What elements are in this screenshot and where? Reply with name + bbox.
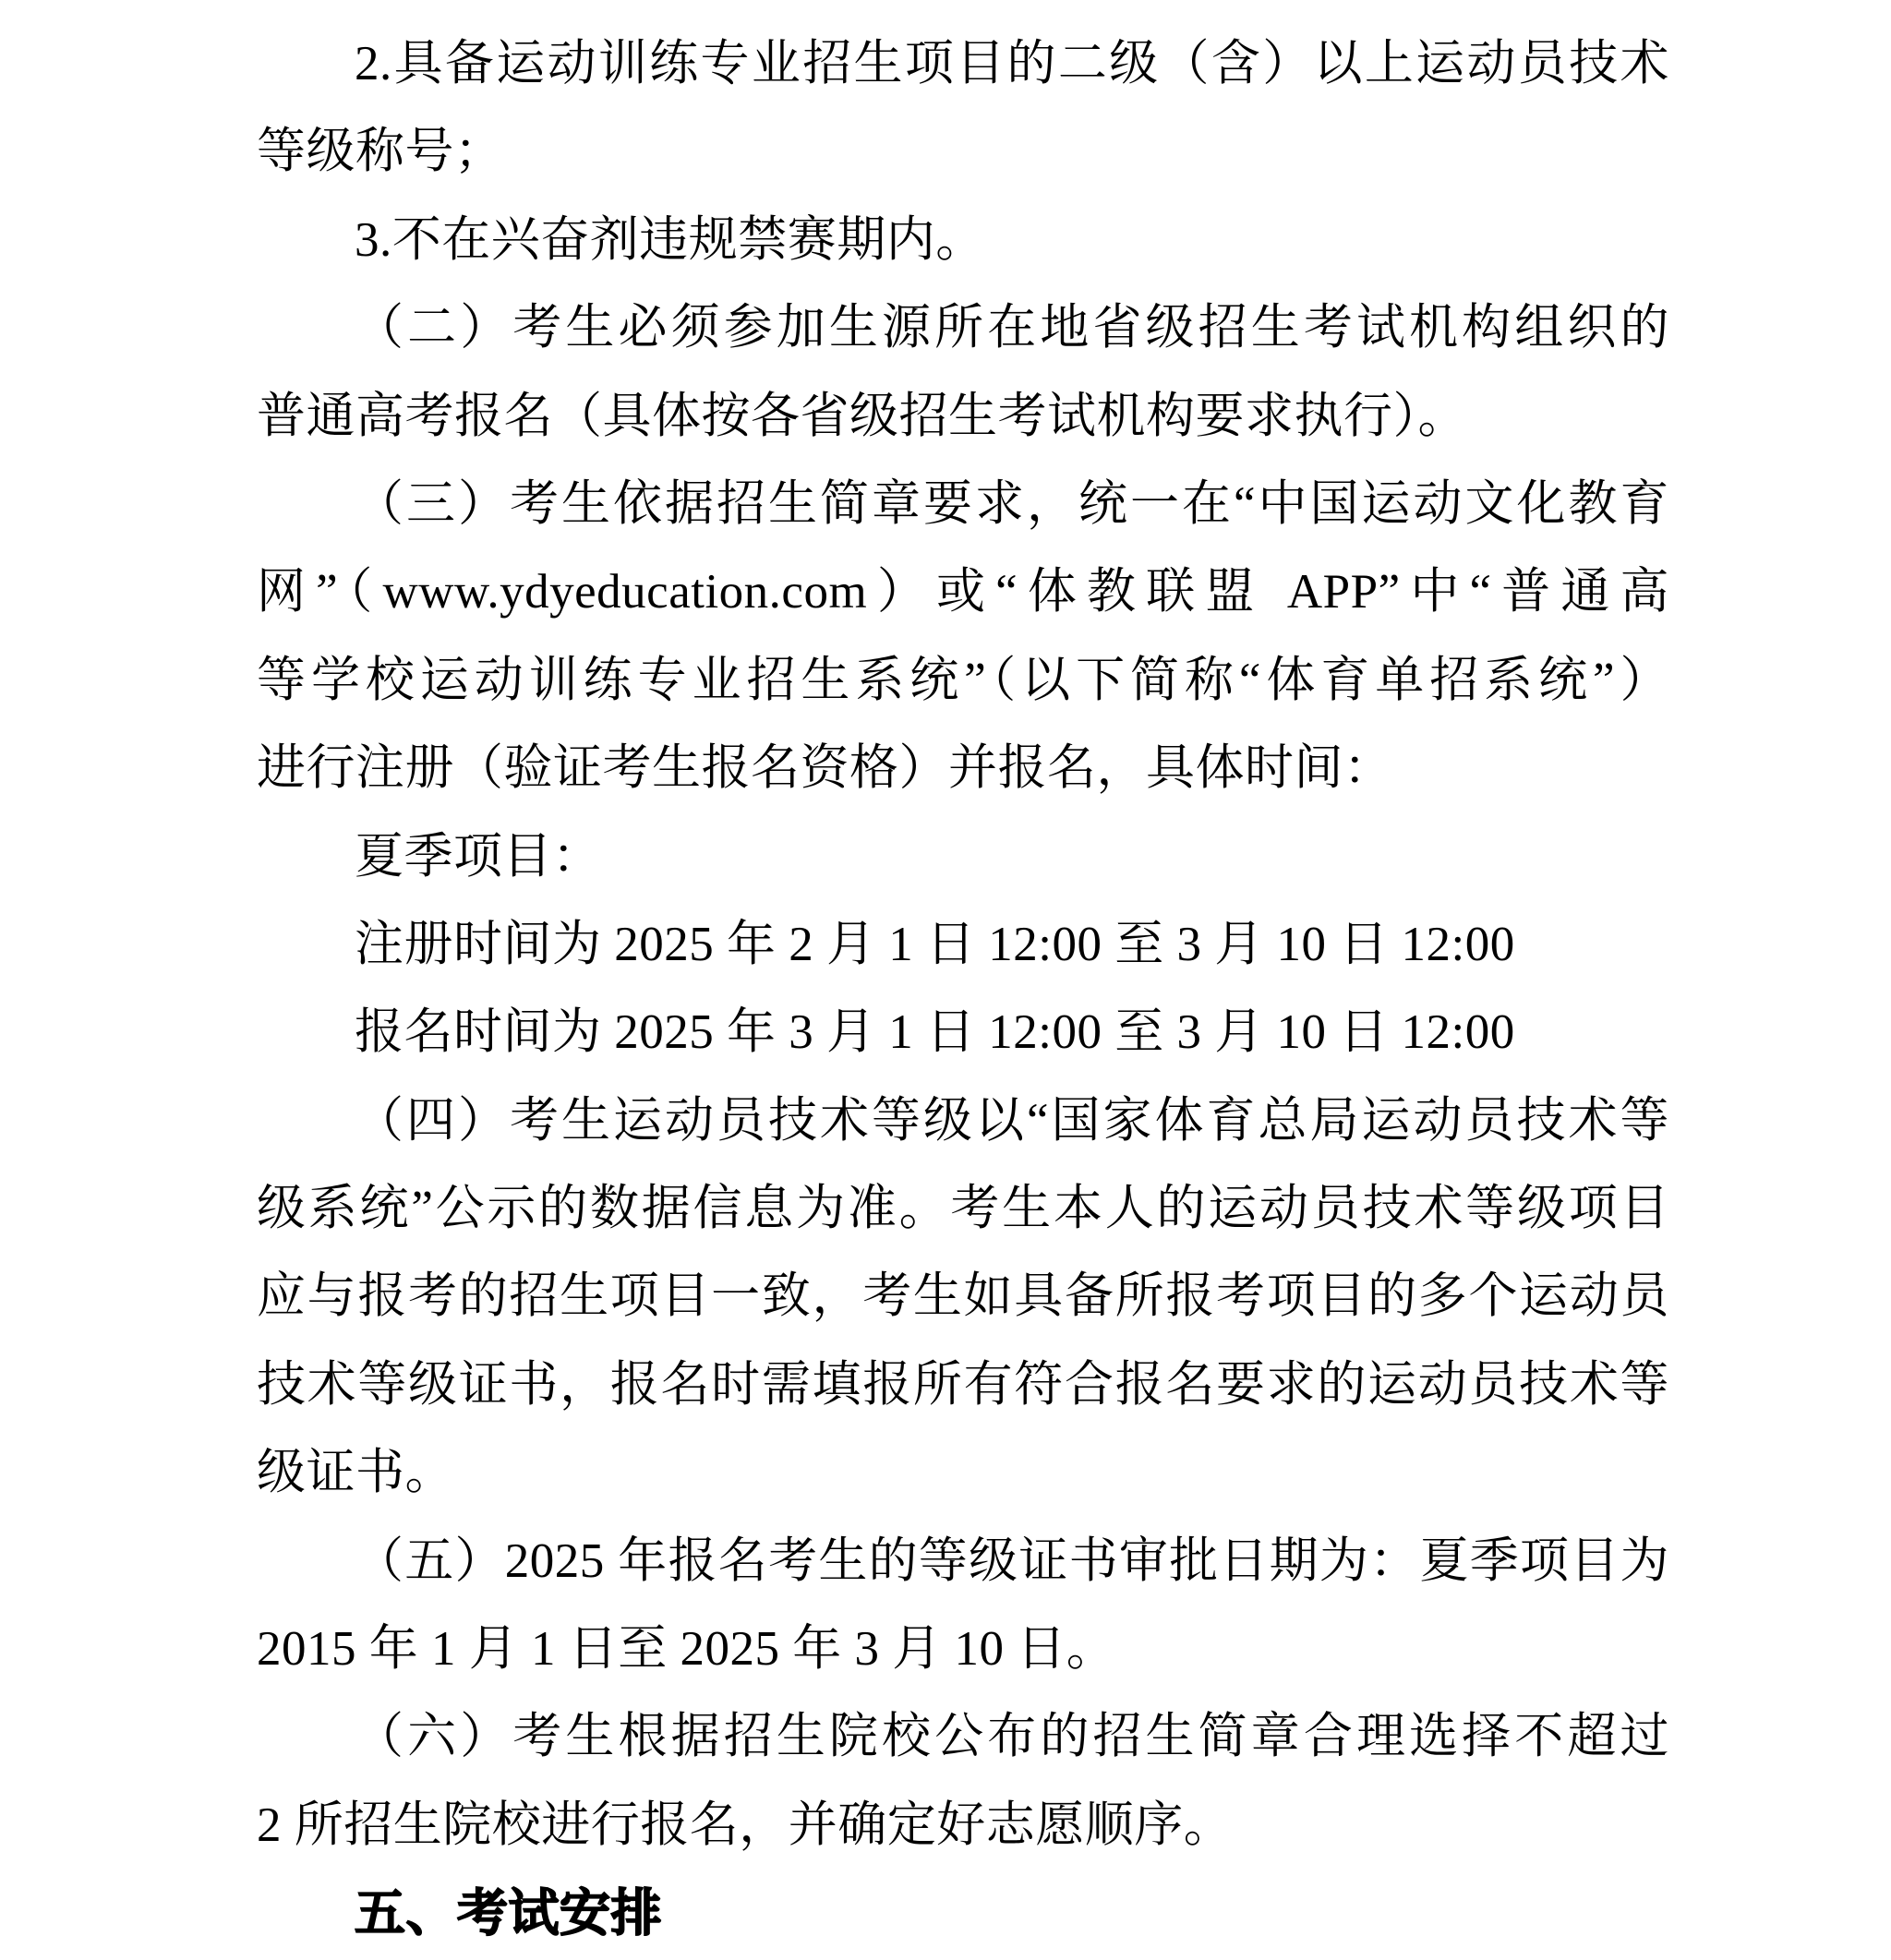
text-line: 2015 年 1 月 1 日至 2025 年 3 月 10 日。 [257,1605,1669,1693]
text-line: 应与报考的招生项目一致，考生如具备所报考项目的多个运动员 [257,1253,1669,1341]
text-line: （四）考生运动员技术等级以“国家体育总局运动员技术等 [257,1077,1669,1165]
section-heading: 五、考试安排 [257,1870,1669,1957]
text-line: 注册时间为 2025 年 2 月 1 日 12:00 至 3 月 10 日 12… [257,901,1669,989]
document-page: 2.具备运动训练专业招生项目的二级（含）以上运动员技术等级称号；3.不在兴奋剂违… [0,0,1891,1960]
text-line: 3.不在兴奋剂违规禁赛期内。 [257,197,1669,284]
text-line: 2.具备运动训练专业招生项目的二级（含）以上运动员技术 [257,20,1669,108]
text-line: 级证书。 [257,1429,1669,1517]
text-line: 报名时间为 2025 年 3 月 1 日 12:00 至 3 月 10 日 12… [257,989,1669,1076]
text-line: 网”（www.ydyeducation.com）或“体教联盟 APP”中“普通高 [257,548,1669,636]
text-line: 夏季项目： [257,813,1669,901]
text-line: 普通高考报名（具体按各省级招生考试机构要求执行）。 [257,373,1669,461]
text-line: （五）2025 年报名考生的等级证书审批日期为：夏季项目为 [257,1518,1669,1605]
text-line: 等级称号； [257,108,1669,196]
document-body: 2.具备运动训练专业招生项目的二级（含）以上运动员技术等级称号；3.不在兴奋剂违… [257,20,1669,1958]
text-line: （二）考生必须参加生源所在地省级招生考试机构组织的 [257,284,1669,372]
text-line: 级系统”公示的数据信息为准。考生本人的运动员技术等级项目 [257,1165,1669,1253]
text-line: 进行注册（验证考生报名资格）并报名，具体时间： [257,725,1669,812]
text-line: 技术等级证书，报名时需填报所有符合报名要求的运动员技术等 [257,1341,1669,1429]
text-line: 等学校运动训练专业招生系统”（以下简称“体育单招系统”） [257,637,1669,725]
text-line: 2 所招生院校进行报名，并确定好志愿顺序。 [257,1782,1669,1870]
text-line: （六）考生根据招生院校公布的招生简章合理选择不超过 [257,1693,1669,1781]
text-line: （三）考生依据招生简章要求，统一在“中国运动文化教育 [257,461,1669,548]
